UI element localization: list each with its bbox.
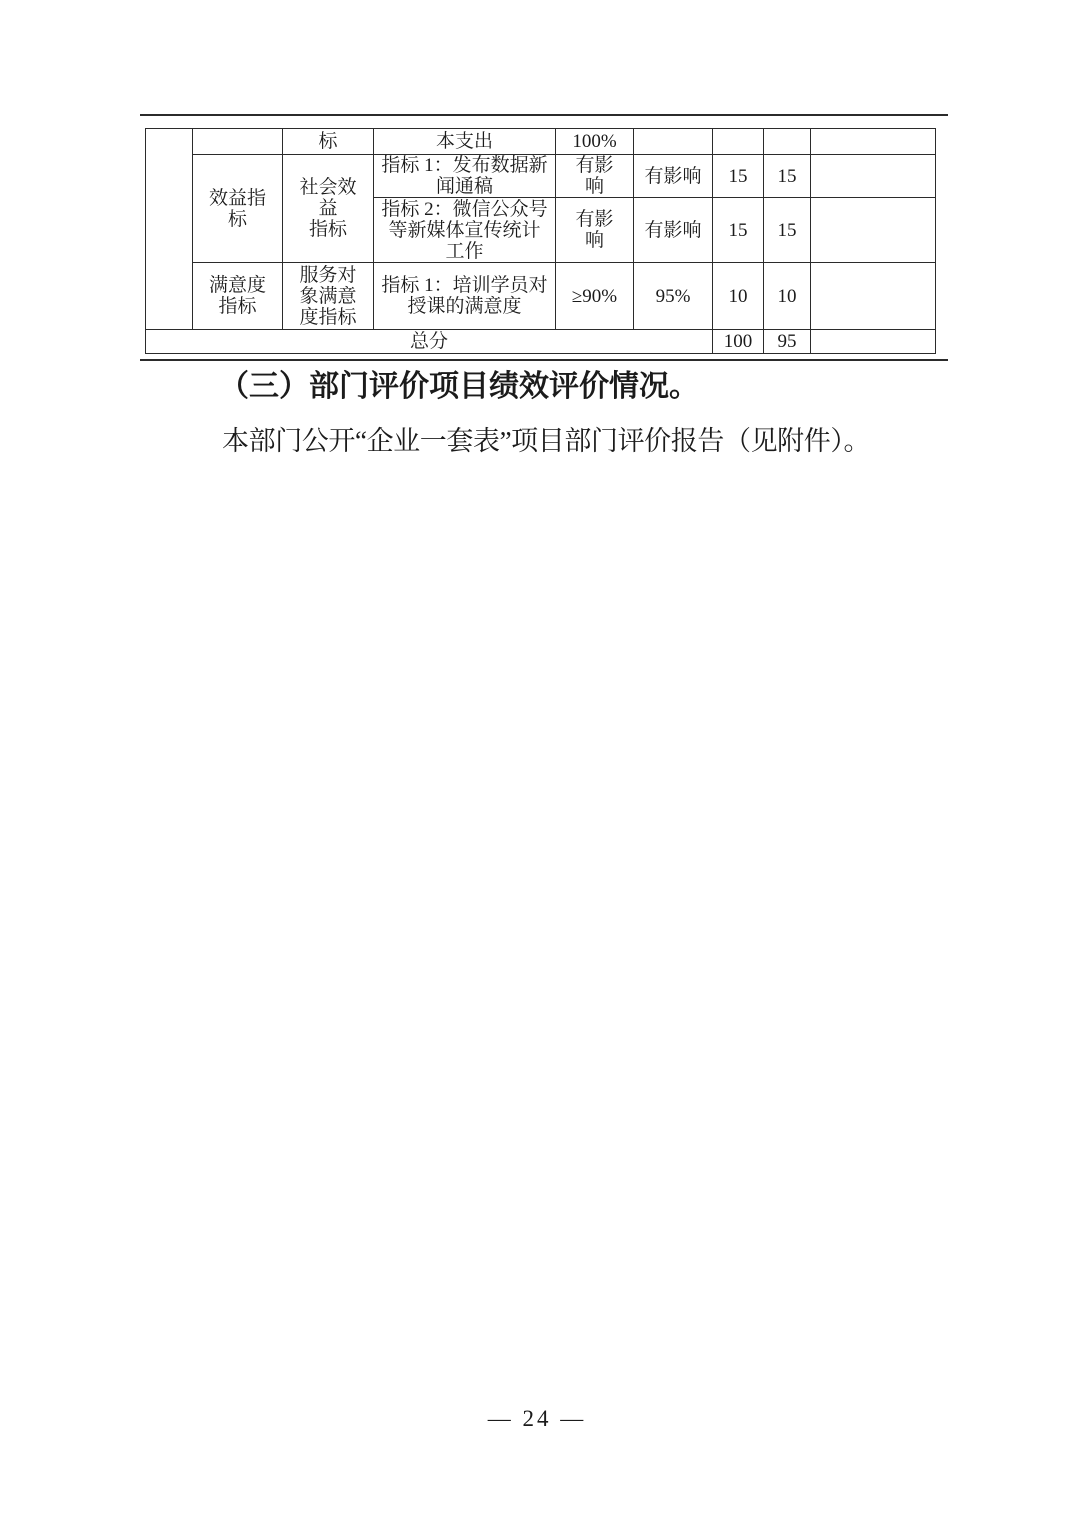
- table-row-benefit-1: 效益指 标 社会效 益 指标 指标 1：发布数据新 闻通稿 有影 响 有影响 1…: [146, 155, 936, 198]
- cell-actual-score: 15: [764, 155, 811, 198]
- cell-indicator-name: 指标 1：发布数据新 闻通稿: [374, 155, 556, 198]
- cell-subcategory-service-target: 服务对 象满意 度指标: [283, 263, 374, 330]
- cell-category-satisfaction: 满意度 指标: [193, 263, 283, 330]
- cell-target-value: 有影 响: [556, 155, 634, 198]
- cell-target-value: 有影 响: [556, 198, 634, 263]
- cell-left-spacer: [146, 129, 193, 330]
- cell-empty: [764, 129, 811, 155]
- table-outer-border-bottom: [140, 359, 948, 361]
- performance-indicator-table: 标 本支出 100% 效益指 标 社会效 益 指标 指标 1：发布数据新 闻通稿…: [145, 128, 936, 354]
- table-outer-border-top: [140, 114, 948, 116]
- table-row-satisfaction: 满意度 指标 服务对 象满意 度指标 指标 1：培训学员对 授课的满意度 ≥90…: [146, 263, 936, 330]
- cell-category-empty: [193, 129, 283, 155]
- cell-actual-value: 有影响: [634, 198, 713, 263]
- cell-remark-empty: [811, 198, 936, 263]
- cell-total-score: 100: [713, 330, 764, 354]
- document-page: 标 本支出 100% 效益指 标 社会效 益 指标 指标 1：发布数据新 闻通稿…: [0, 0, 1074, 1520]
- cell-actual-score: 15: [764, 198, 811, 263]
- cell-empty: [811, 129, 936, 155]
- table-row-continuation: 标 本支出 100%: [146, 129, 936, 155]
- cell-target-value: ≥90%: [556, 263, 634, 330]
- cell-total-label: 总分: [146, 330, 713, 354]
- table-row-total: 总分 100 95: [146, 330, 936, 354]
- cell-actual-value: 95%: [634, 263, 713, 330]
- cell-subcategory-continued: 标: [283, 129, 374, 155]
- cell-category-benefit: 效益指 标: [193, 155, 283, 263]
- page-number: — 24 —: [0, 1406, 1074, 1432]
- cell-score: 15: [713, 155, 764, 198]
- cell-score: 10: [713, 263, 764, 330]
- cell-indicator-name: 指标 2：微信公众号 等新媒体宣传统计 工作: [374, 198, 556, 263]
- cell-indicator-continued: 本支出: [374, 129, 556, 155]
- section-heading: （三）部门评价项目绩效评价情况。: [219, 369, 699, 405]
- cell-empty: [634, 129, 713, 155]
- cell-empty: [713, 129, 764, 155]
- cell-remark-empty: [811, 330, 936, 354]
- cell-actual-score: 10: [764, 263, 811, 330]
- cell-actual-value: 有影响: [634, 155, 713, 198]
- cell-remark-empty: [811, 155, 936, 198]
- cell-indicator-name: 指标 1：培训学员对 授课的满意度: [374, 263, 556, 330]
- cell-score: 15: [713, 198, 764, 263]
- cell-subcategory-social-benefit: 社会效 益 指标: [283, 155, 374, 263]
- body-paragraph: 本部门公开“企业一套表”项目部门评价报告（见附件）。: [222, 423, 870, 459]
- cell-remark-empty: [811, 263, 936, 330]
- cell-target-continued: 100%: [556, 129, 634, 155]
- cell-total-actual-score: 95: [764, 330, 811, 354]
